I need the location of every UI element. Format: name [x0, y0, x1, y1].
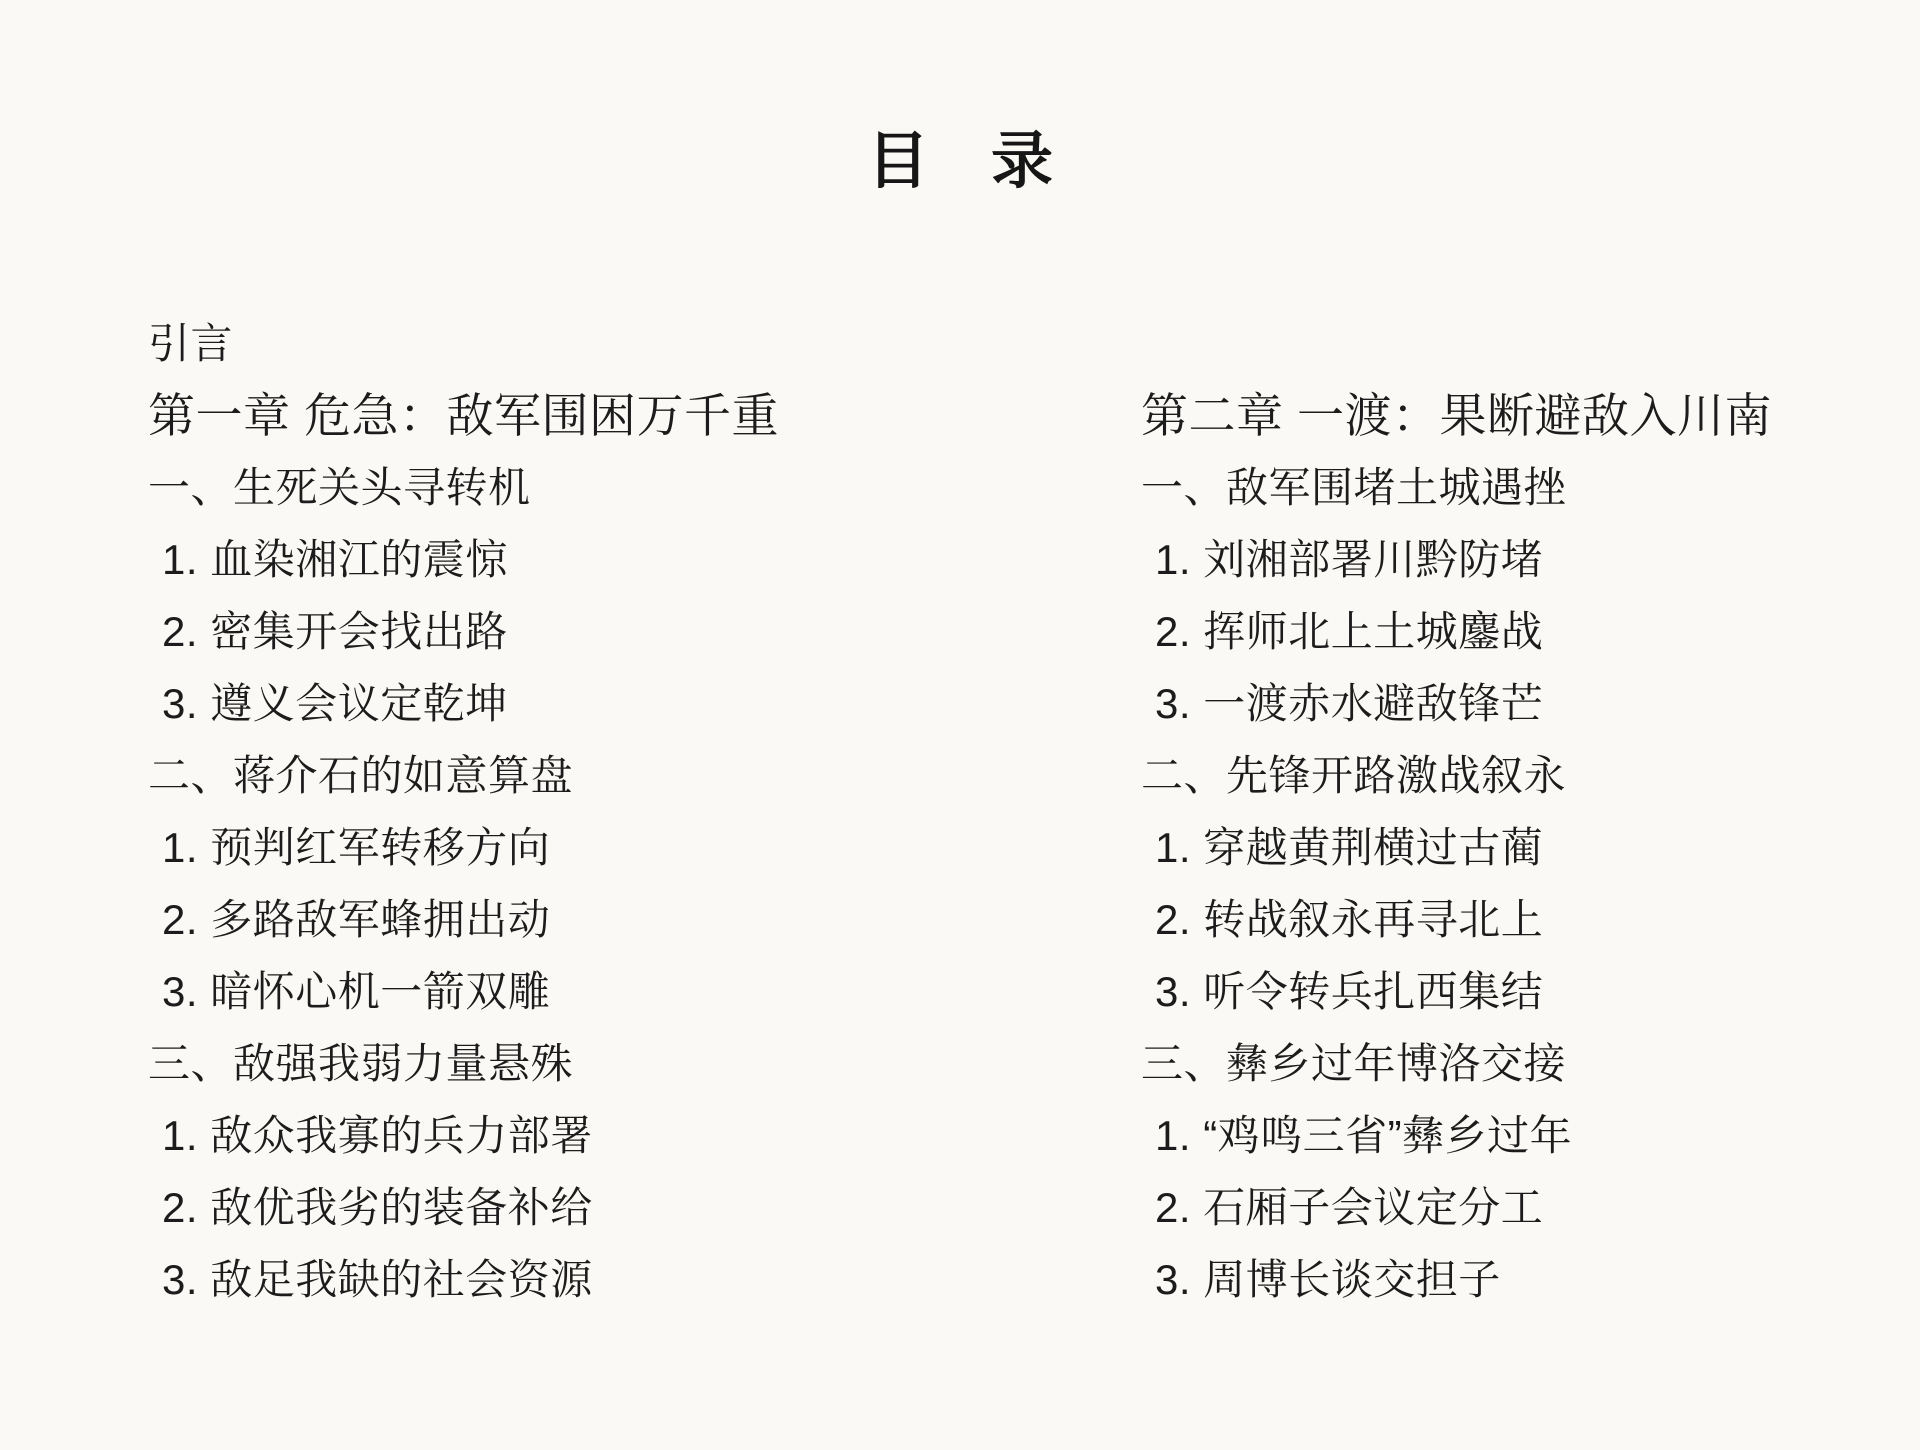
toc-item: 3. 周博长谈交担子 [1141, 1244, 1772, 1316]
toc-item: 1. “鸡鸣三省”彝乡过年 [1141, 1100, 1772, 1172]
section-title: 三、敌强我弱力量悬殊 [148, 1028, 779, 1100]
toc-item: 3. 暗怀心机一箭双雕 [148, 956, 779, 1028]
section-title: 二、蒋介石的如意算盘 [148, 740, 779, 812]
toc-item: 3. 遵义会议定乾坤 [148, 668, 779, 740]
toc-column-right: 第二章 一渡：果断避敌入川南一、敌军围堵土城遇挫1. 刘湘部署川黔防堵2. 挥师… [1141, 380, 1772, 1316]
chapter-title: 第二章 一渡：果断避敌入川南 [1141, 380, 1772, 452]
toc-item: 3. 一渡赤水避敌锋芒 [1141, 668, 1772, 740]
toc-item: 1. 预判红军转移方向 [148, 812, 779, 884]
toc-item: 3. 敌足我缺的社会资源 [148, 1244, 779, 1316]
toc-column-left: 引言第一章 危急：敌军围困万千重一、生死关头寻转机1. 血染湘江的震惊2. 密集… [148, 308, 779, 1316]
toc-item: 2. 敌优我劣的装备补给 [148, 1172, 779, 1244]
section-title: 一、生死关头寻转机 [148, 452, 779, 524]
section-title: 三、彝乡过年博洛交接 [1141, 1028, 1772, 1100]
toc-item: 2. 多路敌军蜂拥出动 [148, 884, 779, 956]
toc-item: 2. 石厢子会议定分工 [1141, 1172, 1772, 1244]
toc-item: 1. 穿越黄荆横过古蔺 [1141, 812, 1772, 884]
section-title: 二、先锋开路激战叙永 [1141, 740, 1772, 812]
toc-item: 2. 挥师北上土城鏖战 [1141, 596, 1772, 668]
toc-item: 1. 血染湘江的震惊 [148, 524, 779, 596]
section-title: 一、敌军围堵土城遇挫 [1141, 452, 1772, 524]
toc-item: 3. 听令转兵扎西集结 [1141, 956, 1772, 1028]
toc-item: 2. 转战叙永再寻北上 [1141, 884, 1772, 956]
toc-item: 1. 刘湘部署川黔防堵 [1141, 524, 1772, 596]
toc-item: 2. 密集开会找出路 [148, 596, 779, 668]
toc-page: 目 录 引言第一章 危急：敌军围困万千重一、生死关头寻转机1. 血染湘江的震惊2… [0, 0, 1920, 1450]
toc-item: 1. 敌众我寡的兵力部署 [148, 1100, 779, 1172]
toc-intro: 引言 [148, 308, 779, 380]
chapter-title: 第一章 危急：敌军围困万千重 [148, 380, 779, 452]
page-title: 目 录 [0, 126, 1920, 197]
